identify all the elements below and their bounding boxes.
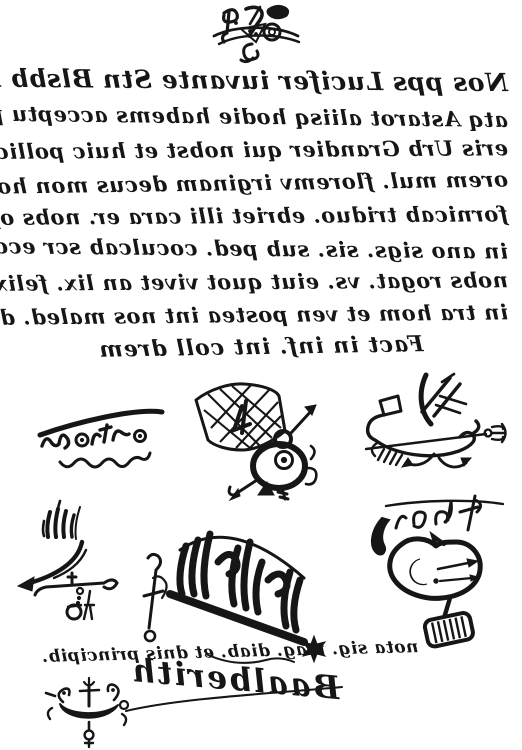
manuscript-closing-line: Fact in inf. int coll drem	[14, 327, 509, 369]
lucifer-monogram-sigil-drawing	[208, 3, 303, 61]
elimi-sigil-drawing	[16, 498, 128, 633]
manuscript-line: fornicab triduo. ebriet illi cara er. no…	[14, 197, 508, 233]
astaroth-heart-seal-drawing	[362, 490, 510, 652]
manuscript-line: in ano sigs. sis. sub ped. coculcab scr …	[14, 229, 508, 267]
satanas-signature-scrawl-drawing	[32, 402, 167, 474]
manuscript-line: Nos pps Lucifer iuvante Stn Blsbb Levtn.…	[14, 60, 508, 102]
manuscript-line: atq Astarot aliisq hodie habems acceptu …	[14, 97, 508, 136]
manuscript-page: Nos pps Lucifer iuvante Stn Blsbb Levtn.…	[0, 0, 522, 750]
manuscript-body: Nos pps Lucifer iuvante Stn Blsbb Levtn.…	[14, 62, 508, 364]
leviathan-bird-trident-seal-drawing	[338, 370, 508, 488]
manuscript-line: nobs rogat. vs. eiut quot vivet an lix. …	[14, 263, 508, 299]
manuscript-line: eris Urb Grandier qui nobst et huic poll…	[14, 131, 508, 167]
manuscript-line: orem mul. floremv irginam decus mon hon …	[14, 163, 508, 203]
baalberith-boat-seal-drawing	[42, 678, 352, 750]
